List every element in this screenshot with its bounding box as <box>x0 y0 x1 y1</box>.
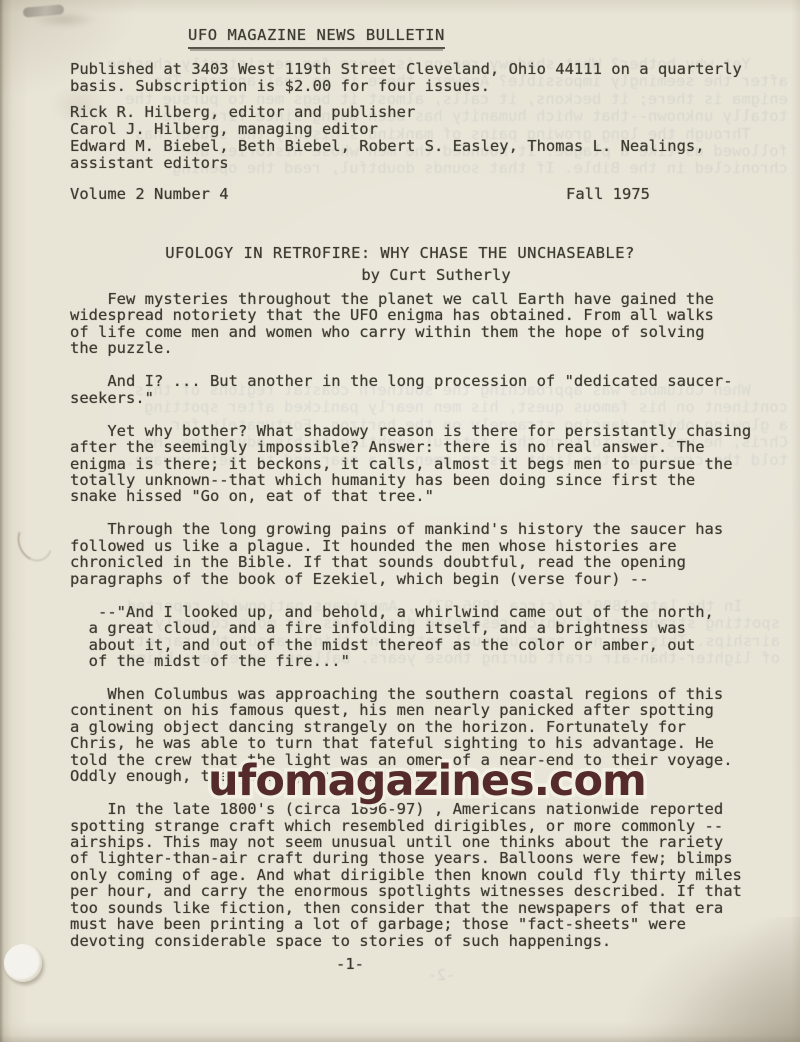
body-line: Chris, he was able to turn that fateful … <box>70 735 751 751</box>
staff-credit-line: assistant editors <box>70 155 705 172</box>
watermark-text: ufomagazines.com <box>208 756 646 806</box>
staff-credit-line: Rick R. Hilberg, editor and publisher <box>70 104 705 121</box>
body-line: the puzzle. <box>70 340 751 356</box>
body-line: airships. This may not seem unusual unti… <box>70 834 751 850</box>
body-line: chronicled in the Bible. If that sounds … <box>70 554 751 570</box>
body-line: per hour, and carry the enormous spotlig… <box>70 883 751 899</box>
body-line <box>70 406 751 422</box>
staff-credits: Rick R. Hilberg, editor and publisherCar… <box>70 104 705 172</box>
body-line: Few mysteries throughout the planet we c… <box>70 291 751 307</box>
body-line <box>70 505 751 521</box>
body-line: too sounds like fiction, then consider t… <box>70 900 751 916</box>
body-line: followed us like a plague. It hounded th… <box>70 538 751 554</box>
body-line: Yet why bother? What shadowy reason is t… <box>70 423 751 439</box>
masthead-title: UFO MAGAZINE NEWS BULLETIN <box>188 26 445 49</box>
body-line: of the midst of the fire..." <box>70 653 751 669</box>
staff-credit-line: Edward M. Biebel, Beth Biebel, Robert S.… <box>70 138 705 155</box>
body-line: continent on his famous quest, his men n… <box>70 702 751 718</box>
body-line: of life come men and women who carry wit… <box>70 324 751 340</box>
article-byline: by Curt Sutherly <box>0 266 800 284</box>
body-line <box>70 587 751 603</box>
body-line: devoting considerable space to stories o… <box>70 933 751 949</box>
article-heading: UFOLOGY IN RETROFIRE: WHY CHASE THE UNCH… <box>0 244 800 262</box>
body-line: after the seemingly impossible? Answer: … <box>70 439 751 455</box>
body-line: about it, and out of the midst thereof a… <box>70 637 751 653</box>
page-number: -1- <box>336 955 364 973</box>
issue-date: Fall 1975 <box>566 185 650 203</box>
article-body: Few mysteries throughout the planet we c… <box>70 291 751 949</box>
body-line: --"And I looked up, and behold, a whirlw… <box>70 604 751 620</box>
body-line: of lighter-than-air craft during those y… <box>70 850 751 866</box>
bleed-through-page-number: -2- <box>428 966 455 984</box>
body-line: a great cloud, and a fire infolding itse… <box>70 620 751 636</box>
hole-punch <box>4 944 42 982</box>
body-line: snake hissed "Go on, eat of that tree." <box>70 488 751 504</box>
body-line: Through the long growing pains of mankin… <box>70 521 751 537</box>
staff-credit-line: Carol J. Hilberg, managing editor <box>70 121 705 138</box>
body-line <box>70 357 751 373</box>
body-line: And I? ... But another in the long proce… <box>70 373 751 389</box>
body-line: spotting strange craft which resembled d… <box>70 818 751 834</box>
body-line <box>70 669 751 685</box>
body-line: seekers." <box>70 390 751 406</box>
scanned-document-page: Yet why bother? What shadowy reason is t… <box>0 0 800 1042</box>
volume-number: Volume 2 Number 4 <box>70 185 229 203</box>
body-line: widespread notoriety that the UFO enigma… <box>70 307 751 323</box>
body-line: only coming of age. And what dirigible t… <box>70 867 751 883</box>
body-line: totally unknown--that which humanity has… <box>70 472 751 488</box>
publication-info-line: basis. Subscription is $2.00 for four is… <box>70 78 742 95</box>
body-line: a glowing object dancing strangely on th… <box>70 719 751 735</box>
publication-info: Published at 3403 West 119th Street Clev… <box>70 61 742 95</box>
body-line: paragraphs of the book of Ezekiel, which… <box>70 571 751 587</box>
body-line: enigma is there; it beckons, it calls, a… <box>70 456 751 472</box>
publication-info-line: Published at 3403 West 119th Street Clev… <box>70 61 742 78</box>
body-line: must have been printing a lot of garbage… <box>70 916 751 932</box>
watermark: ufomagazines.com ufomagazines.com <box>208 758 646 808</box>
hole-punch-crescent <box>12 516 59 567</box>
body-line: When Columbus was approaching the southe… <box>70 686 751 702</box>
